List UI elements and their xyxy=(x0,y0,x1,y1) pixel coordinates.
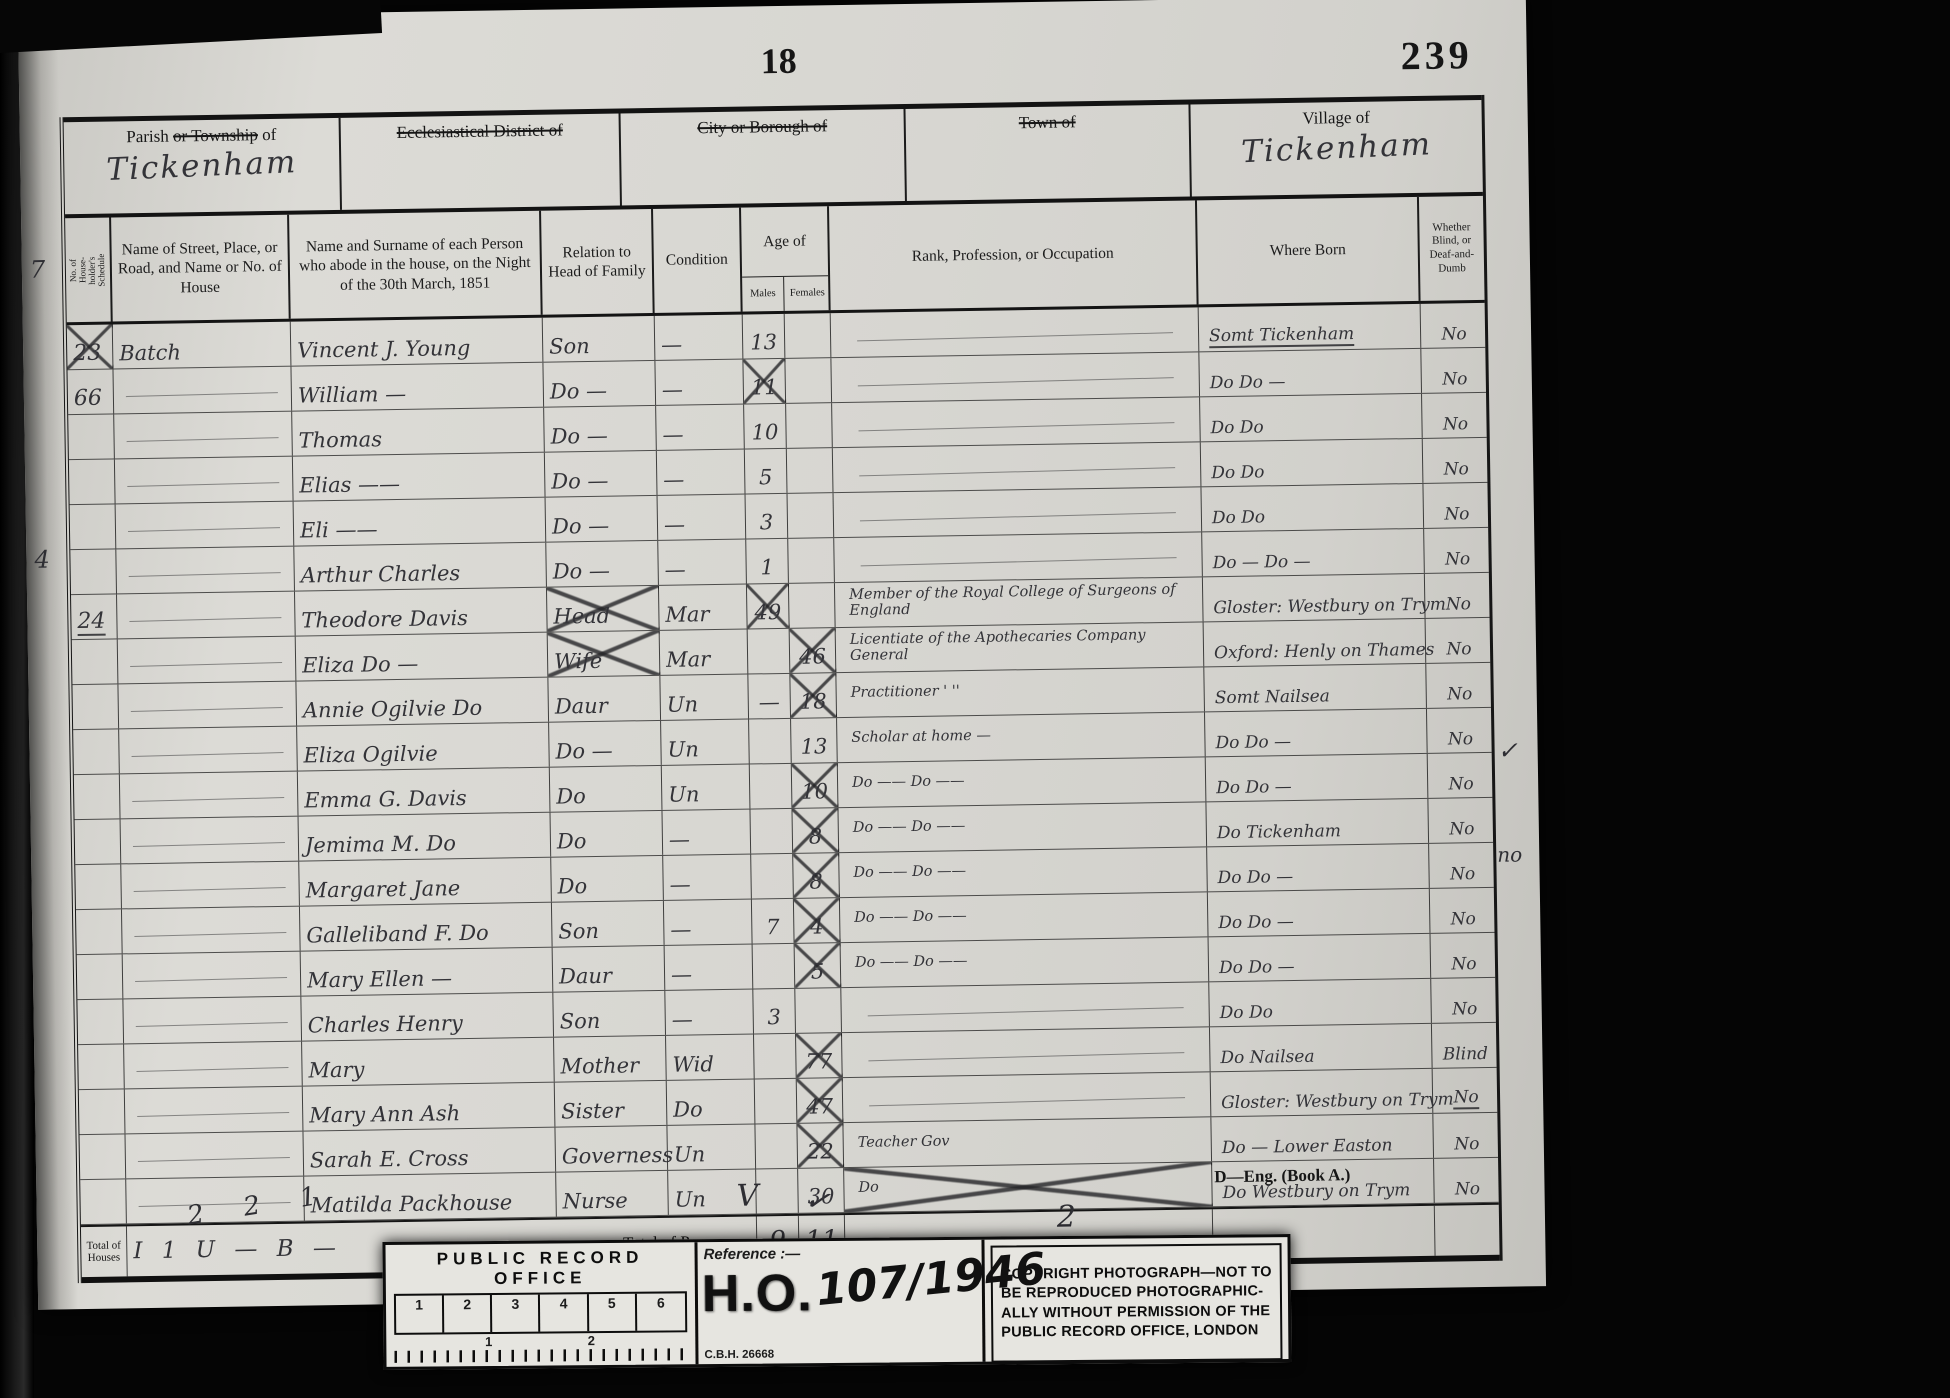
col-schedule: No. of House- holder's Schedule xyxy=(65,217,113,322)
cell-condition: Un xyxy=(660,675,749,720)
cell-relation: Do — xyxy=(546,541,659,587)
cell-age-male xyxy=(750,764,793,809)
cell-relation: Mother xyxy=(554,1036,667,1082)
cell-name: Eliza Do — xyxy=(296,633,549,681)
cell-name: Mary Ann Ash xyxy=(303,1083,556,1131)
copyright-line: ALLY WITHOUT PERMISSION OF THE xyxy=(1001,1302,1272,1323)
col-occupation: Rank, Profession, or Occupation xyxy=(829,200,1199,310)
cell-age-female: 46 xyxy=(790,628,837,673)
cell-occupation: Licentiate of the Apothecaries Company G… xyxy=(836,622,1205,672)
cell-occupation: Do —— Do —— xyxy=(840,892,1209,942)
cell-age-female: 77 xyxy=(796,1033,843,1078)
cell-relation: Governess xyxy=(555,1126,668,1172)
cell-age-female xyxy=(786,403,833,448)
col-street: Name of Street, Place, or Road, and Name… xyxy=(111,215,291,322)
cell-age-male xyxy=(755,1124,798,1169)
cell-age-male xyxy=(751,854,794,899)
cell-relation: Son xyxy=(552,901,665,947)
margin-mark-row1: 7 xyxy=(30,256,46,284)
cell-schedule: 24 xyxy=(71,594,118,639)
cell-age-female xyxy=(787,448,834,493)
cell-occupation: Do —— Do —— xyxy=(839,847,1208,897)
cell-infirm: No xyxy=(1429,843,1494,888)
cell-born: Do Do xyxy=(1201,439,1424,486)
cell-infirm: No xyxy=(1434,1158,1499,1203)
cell-condition: — xyxy=(656,405,745,450)
cell-schedule: 23 xyxy=(67,324,114,369)
record-office-strip: PUBLIC RECORD OFFICE 1 2 3 4 5 6 1 2 Ref… xyxy=(382,1234,1291,1370)
cell-occupation: Do xyxy=(844,1162,1213,1212)
cell-infirm: No xyxy=(1426,663,1491,708)
cell-age-female: 18 xyxy=(790,673,837,718)
cell-name: Arthur Charles xyxy=(294,543,547,591)
cell-relation: Do — xyxy=(549,721,662,767)
cell-infirm: No xyxy=(1423,438,1488,483)
cell-born: Gloster: Westbury on Trym xyxy=(1211,1069,1434,1116)
cbh-number: C.B.H. 26668 xyxy=(704,1349,774,1362)
cell-name: Vincent J. Young xyxy=(291,318,544,366)
cell-age-female xyxy=(788,538,835,583)
cell-name: Eli —— xyxy=(294,498,547,546)
cell-age-male: — xyxy=(748,674,791,719)
cell-born: Do Do xyxy=(1201,484,1424,531)
cell-name: Mary Ellen — xyxy=(301,948,554,996)
cell-condition: Do xyxy=(667,1079,756,1124)
cell-born: Do Do xyxy=(1200,394,1423,441)
reference-section: Reference :— H.O. 107/1946 C.B.H. 26668 xyxy=(697,1240,985,1365)
persons-flourish: 2 xyxy=(1057,1199,1077,1234)
cell-infirm: No xyxy=(1423,483,1488,528)
cell-infirm: No xyxy=(1428,753,1493,798)
cell-occupation: Member of the Royal College of Surgeons … xyxy=(835,577,1204,627)
cell-schedule xyxy=(72,639,119,684)
cell-born: Do Do — xyxy=(1206,754,1429,801)
cell-street xyxy=(119,727,298,774)
cell-age-female: 4 xyxy=(794,898,841,943)
cell-relation: Do xyxy=(550,766,663,812)
cell-street xyxy=(124,1042,303,1089)
cell-schedule xyxy=(77,954,124,999)
cell-relation: Do xyxy=(551,856,664,902)
cell-street xyxy=(125,1087,304,1134)
cell-age-male xyxy=(754,1034,797,1079)
total-houses-value: I 1 U — B — xyxy=(133,1235,342,1264)
cell-age-female xyxy=(789,583,836,628)
cell-occupation xyxy=(831,352,1200,402)
public-record-office-ruler: PUBLIC RECORD OFFICE 1 2 3 4 5 6 1 2 xyxy=(385,1242,698,1367)
cell-age-male xyxy=(756,1169,799,1214)
cell-age-female xyxy=(785,358,832,403)
cell-age-female xyxy=(785,313,832,358)
census-rows: 23 Batch Vincent J. Young Son — 13 Somt … xyxy=(67,303,1499,1225)
cell-condition: Mar xyxy=(660,630,749,675)
cell-age-male: 49 xyxy=(747,584,790,629)
cell-condition: Wid xyxy=(666,1034,755,1079)
page-number-right: 239 xyxy=(1400,31,1473,79)
cell-condition: — xyxy=(658,495,747,540)
cell-occupation xyxy=(832,397,1201,447)
cell-street xyxy=(114,412,293,459)
cell-schedule xyxy=(75,864,122,909)
cell-age-male xyxy=(748,629,791,674)
cell-infirm: No xyxy=(1428,798,1493,843)
cell-condition: — xyxy=(657,450,746,495)
cell-street xyxy=(116,547,295,594)
cell-age-male: 3 xyxy=(746,494,789,539)
cell-street xyxy=(118,637,297,684)
cell-schedule xyxy=(68,414,115,459)
totals-blank-infirm xyxy=(1435,1205,1500,1256)
cell-schedule: 66 xyxy=(67,369,114,414)
cell-infirm: No xyxy=(1421,303,1486,348)
cell-infirm: No xyxy=(1422,393,1487,438)
field-ecclesiastical-district: Ecclesiastical District of xyxy=(341,113,622,209)
cell-infirm: No xyxy=(1426,618,1491,663)
cell-name: Mary xyxy=(302,1038,555,1086)
cell-age-male: 3 xyxy=(753,989,796,1034)
cell-name: Emma G. Davis xyxy=(298,768,551,816)
cell-name: Eliza Ogilvie xyxy=(297,723,550,771)
cell-occupation: Teacher Gov xyxy=(843,1117,1212,1167)
cell-born: Somt Nailsea xyxy=(1204,664,1427,711)
cell-age-female: 10 xyxy=(792,763,839,808)
cell-name: Margaret Jane xyxy=(299,858,552,906)
col-name: Name and Surname of each Person who abod… xyxy=(289,211,543,319)
cell-name: Charles Henry xyxy=(301,993,554,1041)
cell-born: Do — Do — xyxy=(1202,529,1425,576)
cell-condition: — xyxy=(655,360,744,405)
cell-street xyxy=(122,907,301,954)
cell-relation: Sister xyxy=(555,1081,668,1127)
cell-age-female: 8 xyxy=(793,853,840,898)
cell-occupation xyxy=(841,982,1210,1032)
field-town: Town of xyxy=(905,105,1191,201)
cell-street xyxy=(115,457,294,504)
cell-infirm: No xyxy=(1421,348,1486,393)
cell-age-male xyxy=(749,719,792,764)
cell-occupation xyxy=(834,532,1203,582)
cell-condition: — xyxy=(662,810,751,855)
cell-relation: Son xyxy=(543,316,656,362)
cell-born: Do Do — xyxy=(1208,889,1431,936)
copyright-line: PUBLIC RECORD OFFICE, LONDON xyxy=(1001,1321,1272,1342)
cell-schedule xyxy=(77,999,124,1044)
cell-occupation xyxy=(833,442,1202,492)
cell-born: Do Tickenham xyxy=(1206,799,1429,846)
cell-street xyxy=(113,367,292,414)
cell-age-male xyxy=(753,944,796,989)
cell-street xyxy=(117,592,296,639)
cell-condition: — xyxy=(658,540,747,585)
cell-born: Do Do — xyxy=(1199,349,1422,396)
cell-occupation xyxy=(842,1027,1211,1077)
cell-condition: Un xyxy=(661,720,750,765)
cell-age-male xyxy=(750,809,793,854)
cell-born: Oxford: Henly on Thames xyxy=(1204,619,1427,666)
col-infirm: Whether Blind, or Deaf-and-Dumb xyxy=(1419,196,1485,301)
cell-schedule xyxy=(80,1179,127,1224)
cell-infirm: No xyxy=(1431,933,1496,978)
cell-name: Annie Ogilvie Do xyxy=(296,678,549,726)
cell-age-male: 7 xyxy=(752,899,795,944)
check-annotation-v: V xyxy=(736,1178,758,1213)
cell-condition: Mar xyxy=(659,585,748,630)
cell-age-male: 1 xyxy=(746,539,789,584)
cell-relation: Do — xyxy=(546,496,659,542)
cell-born: Do Do — xyxy=(1207,844,1430,891)
field-village: Village of Tickenham xyxy=(1190,100,1482,197)
cell-condition: Un xyxy=(667,1124,756,1169)
cell-relation: Son xyxy=(553,991,666,1037)
cell-age-female: 8 xyxy=(792,808,839,853)
cell-street xyxy=(120,772,299,819)
col-age: Age of Males Females xyxy=(741,206,831,311)
margin-mark-row7: 4 xyxy=(34,545,50,573)
cell-age-male: 10 xyxy=(744,404,787,449)
col-relation: Relation to Head of Family xyxy=(541,209,655,315)
cell-occupation xyxy=(834,487,1203,537)
cell-relation: Do — xyxy=(545,451,658,497)
cell-relation: Head xyxy=(547,586,660,632)
cell-relation: Daur xyxy=(548,676,661,722)
cell-infirm: No xyxy=(1430,888,1495,933)
cell-relation: Do — xyxy=(543,361,656,407)
field-city-borough: City or Borough of xyxy=(621,109,907,205)
cell-street xyxy=(121,862,300,909)
ruler-inch-scale: 1 2 3 4 5 6 xyxy=(394,1291,687,1335)
census-sheet: 18 239 Parish or Township of Tickenham E… xyxy=(18,0,1546,1310)
cell-street: Batch xyxy=(113,322,292,369)
cell-name: Sarah E. Cross xyxy=(303,1128,556,1176)
cell-occupation xyxy=(843,1072,1212,1122)
col-age-males: Males xyxy=(742,277,785,312)
cell-schedule xyxy=(74,774,121,819)
cell-street xyxy=(118,682,297,729)
cell-condition: — xyxy=(655,315,744,360)
cell-schedule xyxy=(70,549,117,594)
field-parish: Parish or Township of Tickenham xyxy=(64,118,342,214)
cell-name: Galleliband F. Do xyxy=(300,903,553,951)
cell-condition: — xyxy=(665,944,754,989)
cell-schedule xyxy=(72,684,119,729)
cell-schedule xyxy=(69,459,116,504)
cell-name: Matilda Packhouse xyxy=(304,1173,557,1221)
cell-street xyxy=(123,952,302,999)
cell-occupation: Do —— Do —— xyxy=(838,757,1207,807)
page-number-center: 18 xyxy=(658,38,899,84)
cell-age-male: 11 xyxy=(743,359,786,404)
cell-born: Do Do — xyxy=(1209,934,1432,981)
cell-born: Gloster: Westbury on Trym xyxy=(1203,574,1426,621)
cell-name: Elias —— xyxy=(293,453,546,501)
pro-title: PUBLIC RECORD OFFICE xyxy=(394,1247,687,1290)
cell-relation: Do — xyxy=(544,406,657,452)
cell-age-female: 13 xyxy=(791,718,838,763)
parish-value: Tickenham xyxy=(64,142,340,189)
cell-infirm: No xyxy=(1433,1113,1498,1158)
cell-born: Do Nailsea xyxy=(1210,1024,1433,1071)
cell-born: Do — Lower Easton xyxy=(1211,1114,1434,1161)
cell-occupation: Scholar at home — xyxy=(837,712,1206,762)
cell-age-female: 22 xyxy=(797,1123,844,1168)
cell-street xyxy=(121,817,300,864)
census-table: Parish or Township of Tickenham Ecclesia… xyxy=(60,95,1503,1283)
cell-born: Somt Tickenham xyxy=(1199,304,1422,351)
cell-born: Do Do xyxy=(1209,979,1432,1026)
cell-schedule xyxy=(79,1089,126,1134)
cell-infirm: No xyxy=(1424,528,1489,573)
cell-occupation: Do —— Do —— xyxy=(838,802,1207,852)
cell-schedule xyxy=(78,1044,125,1089)
cell-infirm: Blind xyxy=(1432,1023,1497,1068)
cell-street xyxy=(123,997,302,1044)
margin-check: ✓ xyxy=(1497,736,1518,764)
cell-condition: — xyxy=(665,989,754,1034)
cell-age-female xyxy=(795,988,842,1033)
cell-name: Theodore Davis xyxy=(295,588,548,636)
ruler-cm-scale: 1 2 xyxy=(394,1335,687,1363)
cell-born: Do Do — xyxy=(1205,709,1428,756)
cell-occupation: Practitioner ' '' xyxy=(836,667,1205,717)
cell-schedule xyxy=(80,1134,127,1179)
cell-schedule xyxy=(70,504,117,549)
cell-relation: Nurse xyxy=(556,1171,669,1217)
cell-occupation xyxy=(831,307,1200,357)
cell-street xyxy=(125,1132,304,1179)
ho-stamp: H.O. xyxy=(702,1263,813,1324)
cell-condition: — xyxy=(664,900,753,945)
col-age-females: Females xyxy=(784,276,831,311)
margin-no: no xyxy=(1497,842,1522,866)
cell-schedule xyxy=(75,819,122,864)
cell-infirm: No xyxy=(1431,978,1496,1023)
total-houses-label: Total of Houses xyxy=(81,1226,128,1277)
col-born: Where Born xyxy=(1197,197,1421,304)
cell-age-male: 13 xyxy=(743,314,786,359)
cell-age-male: 5 xyxy=(745,449,788,494)
village-value: Tickenham xyxy=(1191,124,1483,172)
cell-age-female xyxy=(788,493,835,538)
cell-name: William — xyxy=(291,363,544,411)
cell-relation: Do xyxy=(550,811,663,857)
col-condition: Condition xyxy=(653,208,743,313)
cell-relation: Daur xyxy=(553,946,666,992)
cell-condition: — xyxy=(663,855,752,900)
cell-age-female: 47 xyxy=(797,1078,844,1123)
cell-infirm: No xyxy=(1427,708,1492,753)
cell-age-male xyxy=(755,1079,798,1124)
cell-name: Jemima M. Do xyxy=(299,813,552,861)
cell-relation: Wife xyxy=(548,631,661,677)
cell-age-female: 5 xyxy=(795,943,842,988)
cell-name: Thomas xyxy=(292,408,545,456)
cell-schedule xyxy=(76,909,123,954)
cell-schedule xyxy=(73,729,120,774)
cell-occupation: Do —— Do —— xyxy=(841,937,1210,987)
cell-condition: Un xyxy=(662,765,751,810)
cell-street xyxy=(116,502,295,549)
